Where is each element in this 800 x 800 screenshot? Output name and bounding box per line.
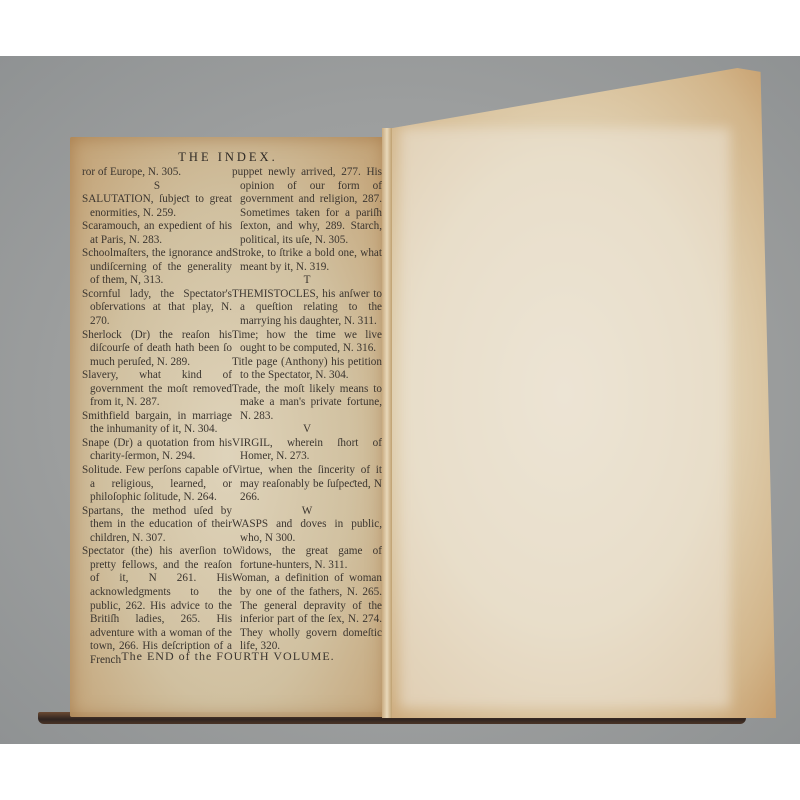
index-entry: Trade, the moſt likely means to make a m… [232,383,382,424]
index-entry: Woman, a definition of woman by one of t… [232,572,382,653]
index-entry: THEMISTOCLES, his anſwer to a queſtion r… [232,288,382,329]
index-entry: Time; how the time we live ought to be c… [232,329,382,356]
index-entry: Scaramouch, an expedient of his at Paris… [82,220,232,247]
index-entry: VIRGIL, wherein ſhort of Homer, N. 273. [232,437,382,464]
index-entry: Smithfield bargain, in marriage the inhu… [82,410,232,437]
index-entry: Spartans, the method uſed by them in the… [82,505,232,546]
volume-end-text: The END of the FOURTH VOLUME. [70,649,386,664]
index-letter-heading: W [232,505,382,519]
index-entry: puppet newly arrived, 277. His opinion o… [232,166,382,247]
right-page-blank [390,68,776,718]
index-entry: Snape (Dr) a quotation from his charity-… [82,437,232,464]
index-entry: SALUTATION, ſubjeƈt to great enormities,… [82,193,232,220]
index-entry: Slavery, what kind of government the moſ… [82,369,232,410]
index-entry: Stroke, to ſtrike a bold one, what meant… [232,247,382,274]
index-entry: ror of Europe, N. 305. [82,166,232,180]
index-entry: Schoolmaſters, the ignorance and undiſce… [82,247,232,288]
index-entry: Solitude. Few perſons capable of a relig… [82,464,232,505]
index-letter-heading: S [82,180,232,194]
index-entry: Title page (Anthony) his petition to the… [232,356,382,383]
index-entry: Virtue, when the ſincerity of it may rea… [232,464,382,505]
right-page-light-area [400,128,730,708]
index-letter-heading: V [232,423,382,437]
index-column-1: ror of Europe, N. 305. S SALUTATION, ſub… [82,166,232,667]
index-entry: Sherlock (Dr) the reaſon his diſcourſe o… [82,329,232,370]
index-entry: WASPS and doves in public, who, N 300. [232,518,382,545]
book-gutter [382,128,392,718]
index-entry: Widows, the great game of fortune-hunter… [232,545,382,572]
index-entry: Scornful lady, the Spectator's obſervati… [82,288,232,329]
index-letter-heading: T [232,274,382,288]
page-header: THE INDEX. [70,150,386,165]
index-column-2: puppet newly arrived, 277. His opinion o… [232,166,382,654]
